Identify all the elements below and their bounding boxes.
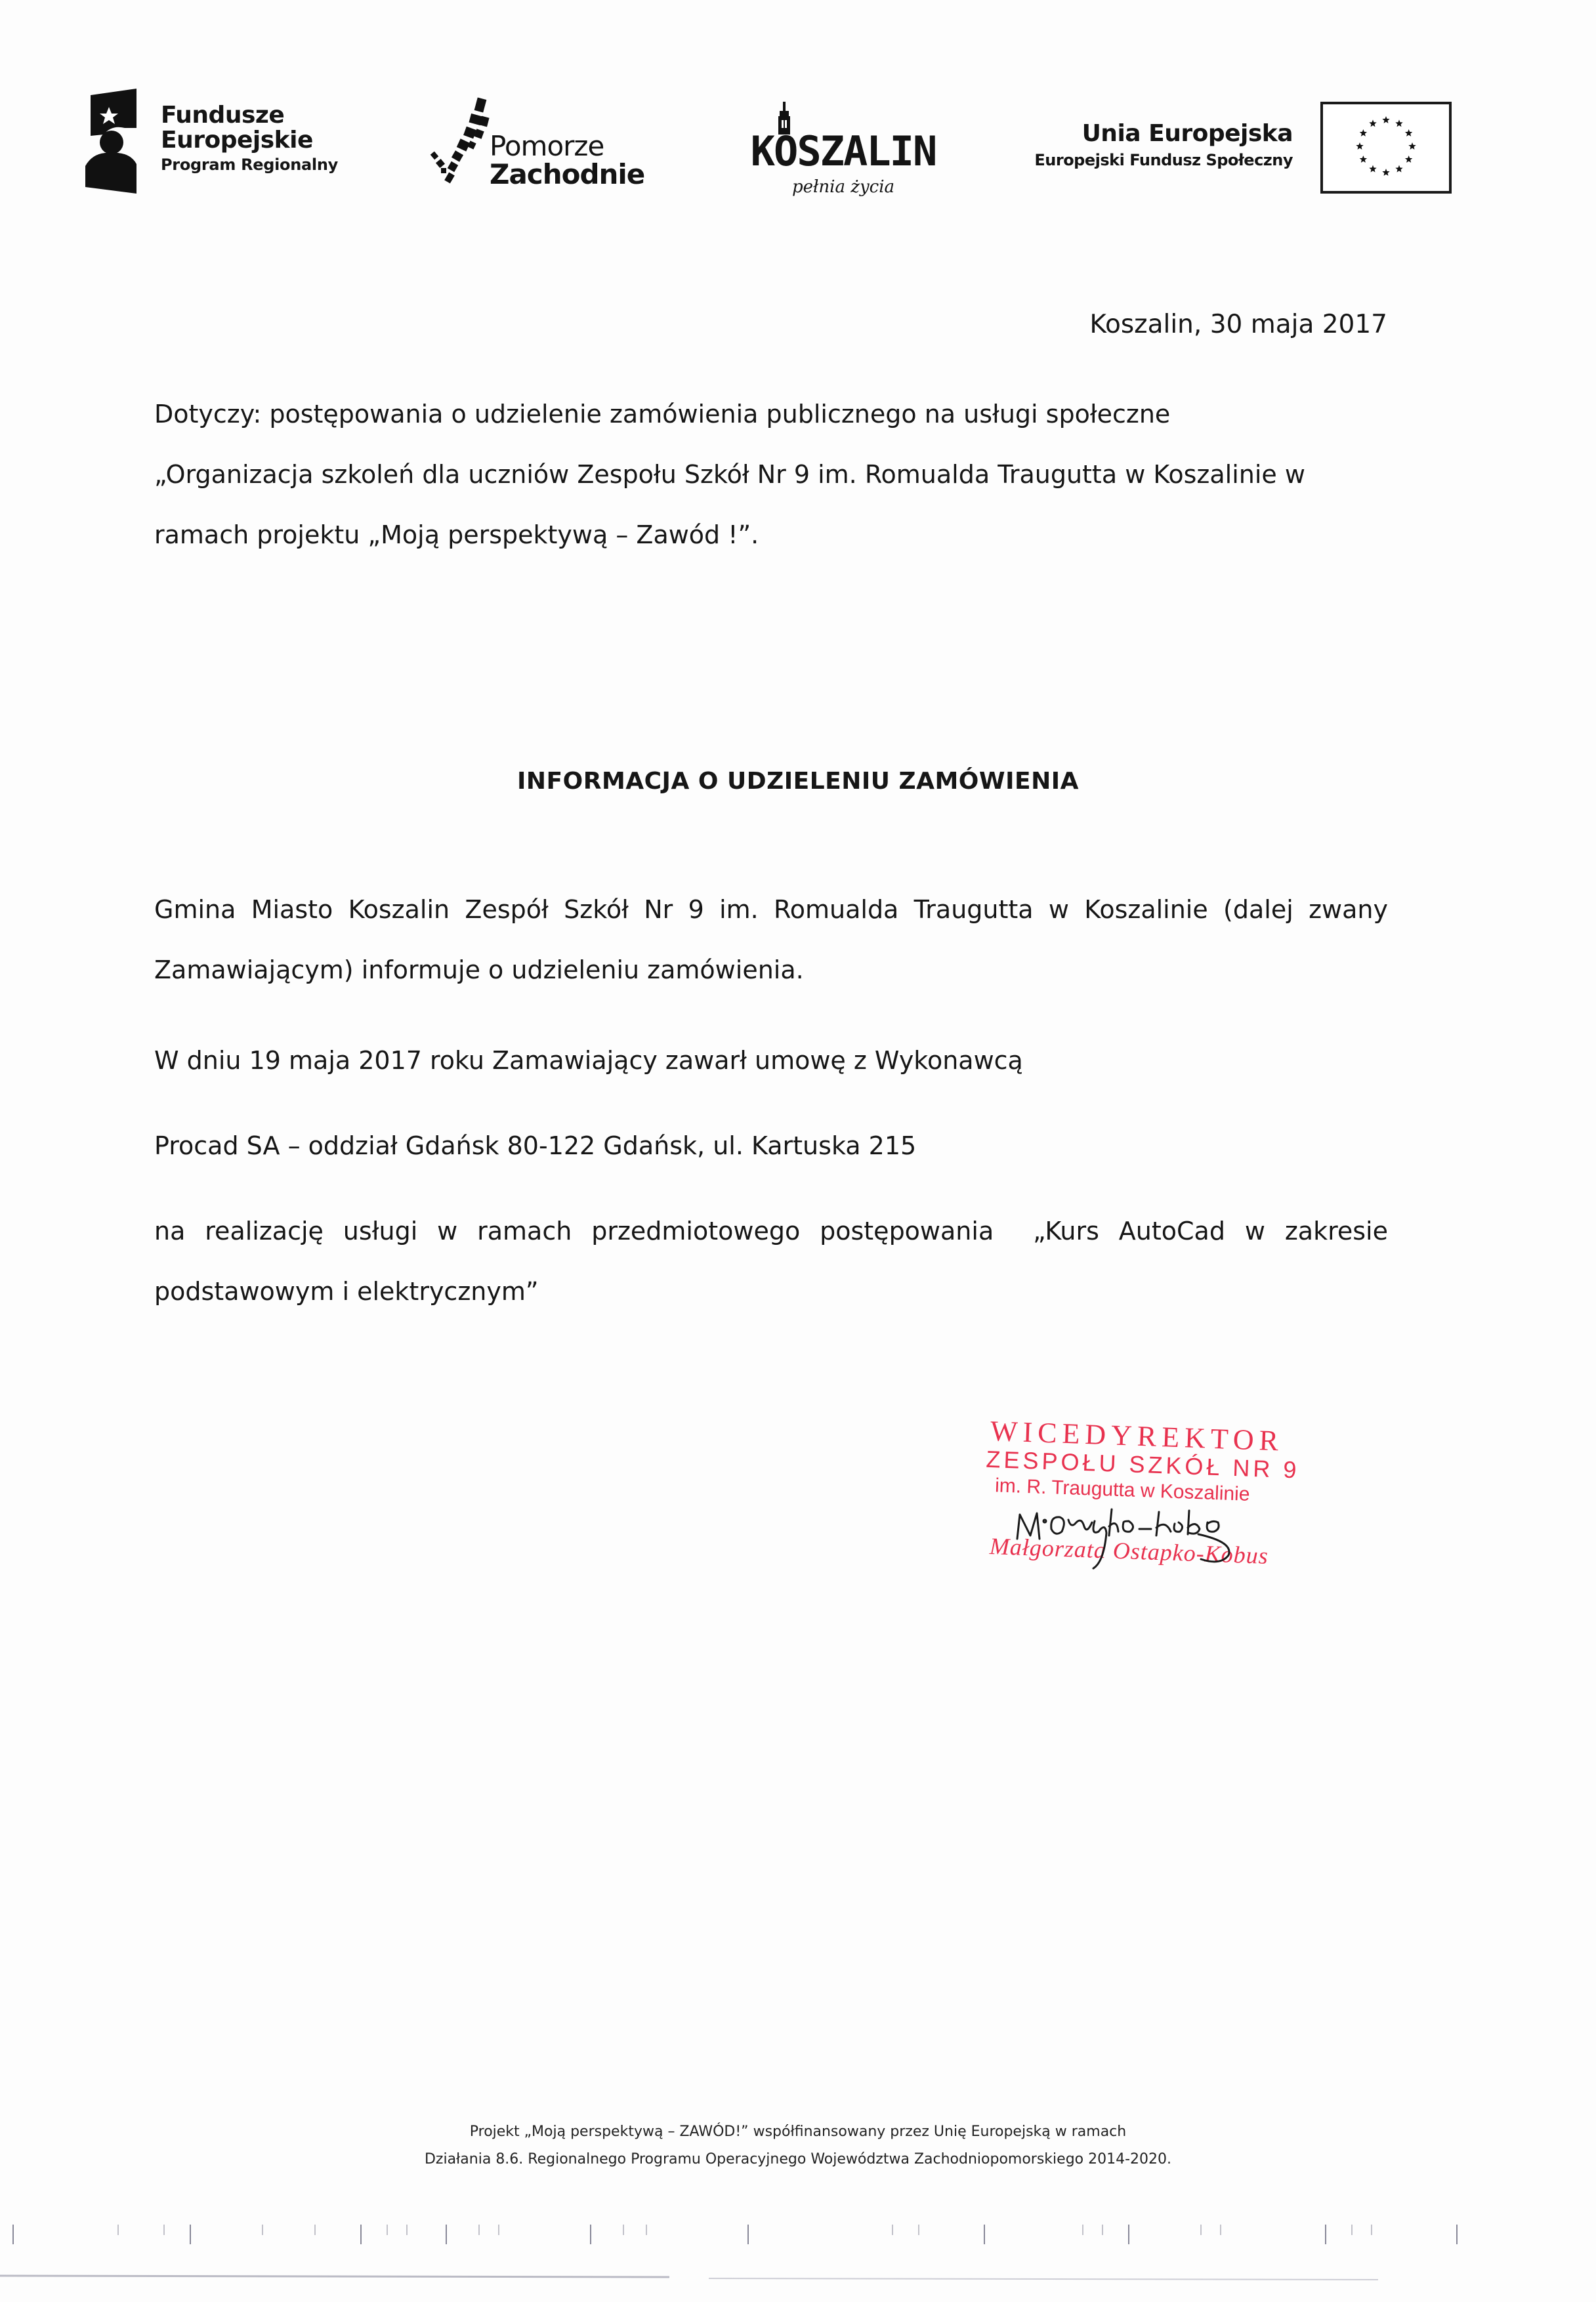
subject-line1: Dotyczy: postępowania o udzielenie zamów… [154,384,1388,444]
eu-flag-icon [1320,102,1452,194]
p4-line2: podstawowym i elektrycznym” [154,1261,1388,1322]
subject-line2: „Organizacja szkoleń dla uczniów Zespołu… [154,444,1388,505]
fundusze-europejskie-logo: Fundusze Europejskie Program Regionalny [85,89,361,194]
pomorze-zachodnie-logo: Pomorze Zachodnie [427,92,663,197]
pomorze-line2: Zachodnie [490,160,644,189]
fe-line2: Europejskie [161,128,338,153]
document-date: Koszalin, 30 maja 2017 [1089,310,1387,339]
document-heading: INFORMACJA O UDZIELENIU ZAMÓWIENIA [0,768,1596,795]
pomorze-line1: Pomorze [490,133,644,160]
p1-line1: Gmina Miasto Koszalin Zespół Szkół Nr 9 … [154,879,1388,940]
subject-line3: ramach projektu „Moją perspektywą – Zawó… [154,505,1388,565]
ue-line2: Europejski Fundusz Społeczny [1034,148,1293,172]
footer-line2: Działania 8.6. Regionalnego Programu Ope… [0,2146,1596,2173]
subject-block: Dotyczy: postępowania o udzielenie zamów… [154,384,1388,565]
eu-stars-icon [1323,104,1449,191]
unia-europejska-text: Unia Europejska Europejski Fundusz Społe… [1034,119,1293,172]
paragraph-contract-date: W dniu 19 maja 2017 roku Zamawiający zaw… [154,1030,1388,1091]
scan-artifacts [0,2211,1596,2290]
koszalin-tagline: pełnia życia [738,177,948,197]
paragraph-contracting-party: Gmina Miasto Koszalin Zespół Szkół Nr 9 … [154,879,1388,1000]
paragraph-service: na realizację usługi w ramach przedmioto… [154,1201,1388,1322]
project-footer: Projekt „Moją perspektywą – ZAWÓD!” wspó… [0,2118,1596,2173]
koszalin-logo: KOSZALIN pełnia życia [738,102,948,207]
p1-line2: Zamawiającym) informuje o udzieleniu zam… [154,940,1388,1000]
fe-line1: Fundusze [161,103,338,128]
pomorze-checkmark-icon [427,92,499,190]
ue-line1: Unia Europejska [1034,119,1293,148]
logo-header: Fundusze Europejskie Program Regionalny [0,79,1596,223]
paragraph-contractor: Procad SA – oddział Gdańsk 80-122 Gdańsk… [154,1116,1388,1176]
fe-line3: Program Regionalny [161,153,338,177]
handwritten-signature-icon [1011,1503,1286,1575]
footer-line1: Projekt „Moją perspektywą – ZAWÓD!” wspó… [0,2118,1596,2146]
koszalin-wordmark: KOSZALIN [738,131,948,172]
fundusze-europejskie-icon [85,89,138,194]
p4-line1: na realizację usługi w ramach przedmioto… [154,1201,1388,1261]
